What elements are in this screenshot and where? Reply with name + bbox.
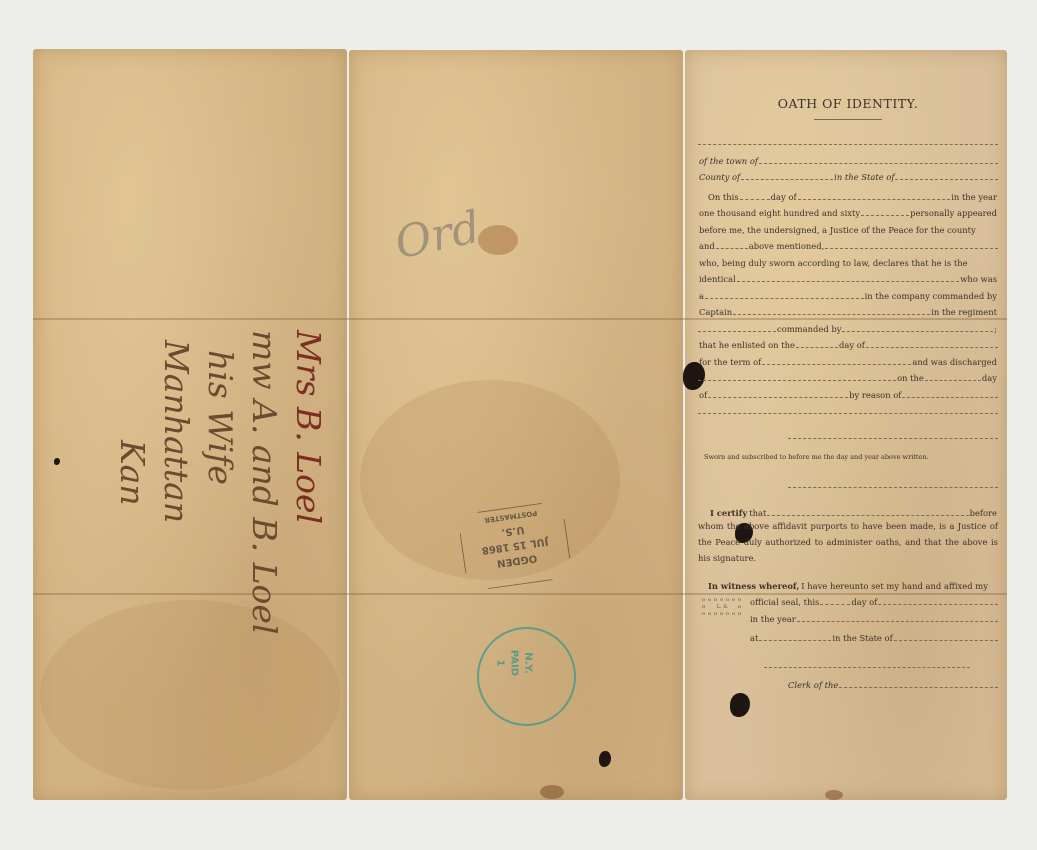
label-captain: Captain xyxy=(698,307,733,317)
field-clerk-signature[interactable] xyxy=(764,667,970,668)
field-affiant-signature[interactable] xyxy=(788,438,998,439)
label-identical: identical xyxy=(698,274,737,284)
label-year-prefix: one thousand eight hundred and sixty xyxy=(698,208,861,218)
field-reason-cont[interactable] xyxy=(698,413,998,414)
label-who-being: who, being duly sworn according to law, … xyxy=(698,258,969,268)
field-discharge-month[interactable] xyxy=(708,397,848,398)
field-clerk-of[interactable] xyxy=(839,687,998,688)
address-line: mw A. and B. Loel xyxy=(242,330,286,730)
label-who-was: who was xyxy=(959,274,998,284)
address-line: Mrs B. Loel xyxy=(286,330,330,730)
form-title: OATH OF IDENTITY. xyxy=(698,96,998,111)
label-in-company: in the company commanded by xyxy=(864,291,998,301)
label-a: a xyxy=(698,291,705,301)
label-of: of xyxy=(698,390,708,400)
field-state[interactable] xyxy=(895,179,998,180)
field-regiment[interactable] xyxy=(698,331,776,332)
address-line: Kan xyxy=(110,330,154,730)
label-appeared: personally appeared xyxy=(909,208,998,218)
label-in-regiment: in the regiment xyxy=(930,307,998,317)
field-affiant[interactable] xyxy=(825,248,998,249)
postmark-text: 1 xyxy=(493,616,507,711)
label-discharged: and was discharged xyxy=(911,357,998,367)
field-justice-signature[interactable] xyxy=(788,487,998,488)
field-month[interactable] xyxy=(798,199,951,200)
stain xyxy=(825,790,843,800)
label-in-year-2: in the year xyxy=(749,614,797,624)
label-certify-that: that xyxy=(748,508,767,518)
field-year[interactable] xyxy=(861,215,909,216)
label-official-seal: official seal, this xyxy=(749,597,820,607)
field-reason[interactable] xyxy=(902,397,998,398)
field-day[interactable] xyxy=(740,199,770,200)
postmark-circle: N.Y. PAID 1 xyxy=(477,627,576,726)
label-semicolon: ; xyxy=(993,324,998,334)
field-seal-year[interactable] xyxy=(797,621,998,622)
label-in-state-2: in the State of xyxy=(831,633,893,643)
label-state: in the State of xyxy=(833,172,895,182)
label-term: for the term of xyxy=(698,357,762,367)
label-on-the: on the xyxy=(896,373,925,383)
handwritten-address: Mrs B. Loel mw A. and B. Loel his Wife M… xyxy=(90,330,330,730)
postmark-text: PAID xyxy=(507,616,521,711)
field-captain[interactable] xyxy=(733,314,930,315)
label-county: County of xyxy=(698,172,741,182)
postmark-text: N.Y. xyxy=(521,616,535,711)
field-at[interactable] xyxy=(759,640,831,641)
field-justice-name[interactable] xyxy=(767,515,968,516)
name-line xyxy=(698,144,998,145)
label-witness-rest: I have hereunto set my hand and affixed … xyxy=(800,581,989,591)
stain xyxy=(540,785,564,799)
address-line: Manhattan xyxy=(154,330,198,730)
seal-box: ooooooo oL. S.o ooooooo xyxy=(702,597,743,617)
field-commander[interactable] xyxy=(842,331,993,332)
label-day: day xyxy=(981,373,998,383)
field-term[interactable] xyxy=(762,364,911,365)
field-rank[interactable] xyxy=(705,298,864,299)
field-discharge-info[interactable] xyxy=(698,380,896,381)
label-at: at xyxy=(749,633,759,643)
label-and: and xyxy=(698,241,716,251)
field-county[interactable] xyxy=(741,179,833,180)
label-day-of-3: day of xyxy=(850,597,878,607)
label-before-me: before me, the undersigned, a Justice of… xyxy=(698,225,977,235)
label-before: before xyxy=(969,508,998,518)
field-seal-day[interactable] xyxy=(820,604,850,605)
field-seal-month[interactable] xyxy=(878,604,998,605)
label-certify: I certify xyxy=(698,508,748,518)
label-in-year: in the year xyxy=(950,192,998,202)
field-seal-state[interactable] xyxy=(894,640,998,641)
label-on-this: On this xyxy=(698,192,740,202)
field-discharge-day[interactable] xyxy=(925,380,981,381)
certify-paragraph: whom the above affidavit purports to hav… xyxy=(698,518,998,566)
field-enlist-month[interactable] xyxy=(866,347,998,348)
label-commanded-by: commanded by xyxy=(776,324,842,334)
address-line: his Wife xyxy=(198,330,242,730)
field-enlist-day[interactable] xyxy=(796,347,838,348)
seal-label: L. S. xyxy=(708,604,737,610)
label-day-of-2: day of xyxy=(838,340,866,350)
field-identical[interactable] xyxy=(737,281,959,282)
label-sworn: Sworn and subscribed to before me the da… xyxy=(698,453,930,461)
oath-form: OATH OF IDENTITY. of the town of County … xyxy=(698,96,998,690)
label-by-reason: by reason of xyxy=(848,390,902,400)
label-day-of: day of xyxy=(770,192,798,202)
label-clerk: Clerk of the xyxy=(698,680,839,690)
label-above-mentioned: above mentioned, xyxy=(748,241,826,251)
label-town: of the town of xyxy=(698,156,759,166)
label-enlisted: that he enlisted on the xyxy=(698,340,796,350)
label-witness: In witness whereof, xyxy=(698,581,800,591)
field-county-name[interactable] xyxy=(716,248,748,249)
field-town[interactable] xyxy=(759,163,998,164)
